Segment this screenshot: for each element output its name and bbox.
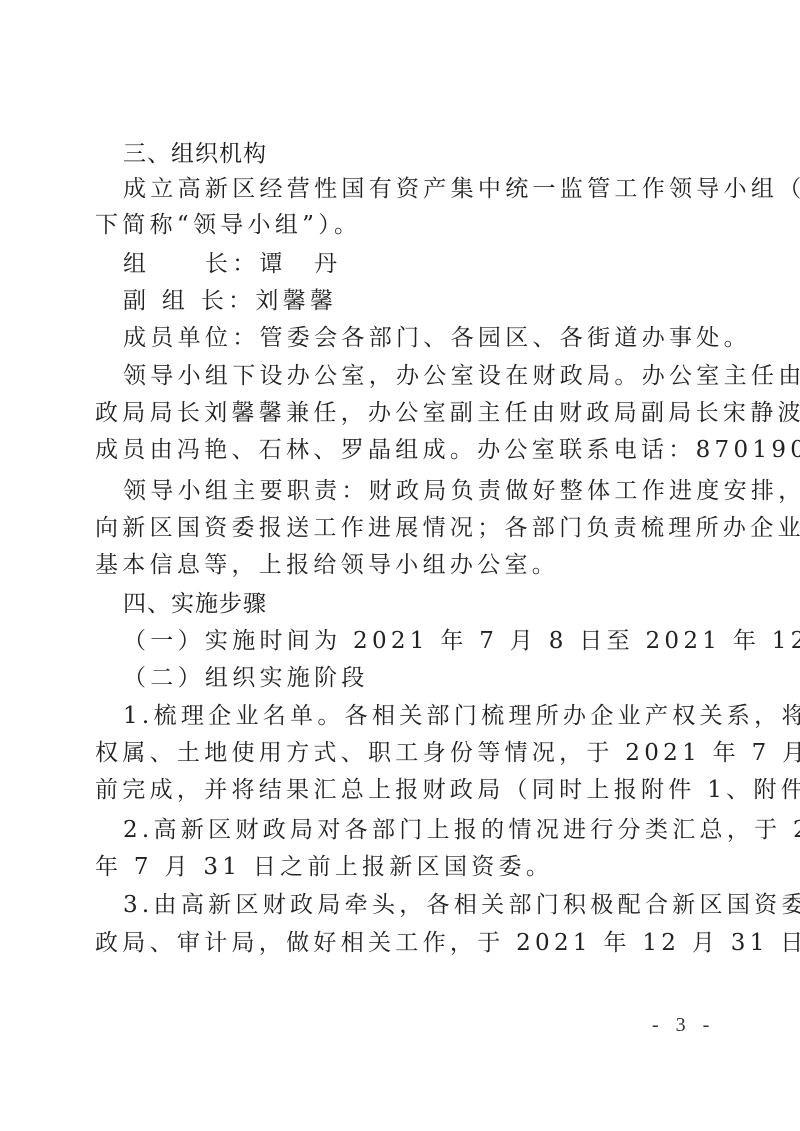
section-heading-organization: 三、组织机构 [123,140,267,168]
paragraph-line: 政局局长刘馨馨兼任，办公室副主任由财政局副局长宋静波兼任， [95,399,800,427]
paragraph-line: 领导小组主要职责：财政局负责做好整体工作进度安排，按时 [123,477,800,505]
paragraph-line: 1.梳理企业名单。各相关部门梳理所办企业产权关系，将资产 [123,702,800,730]
paragraph-line: 基本信息等，上报给领导小组办公室。 [95,551,559,579]
paragraph-line: 成立高新区经营性国有资产集中统一监管工作领导小组（以 [123,175,800,203]
paragraph-line: 领导小组下设办公室，办公室设在财政局。办公室主任由财 [123,362,800,390]
subsection-time: （一）实施时间为 2021 年 7 月 8 日至 2021 年 12 月 31 … [123,627,800,655]
paragraph-line: 政局、审计局，做好相关工作，于 2021 年 12 月 31 日前完成。 [95,929,800,957]
subsection-stage: （二）组织实施阶段 [123,664,369,692]
paragraph-line: 2.高新区财政局对各部门上报的情况进行分类汇总，于 2021 [123,816,800,844]
page-number: - 3 - [652,1014,715,1037]
paragraph-line: 下简称“领导小组”）。 [95,211,361,239]
paragraph-line: 向新区国资委报送工作进展情况；各部门负责梳理所办企业名单、 [95,514,800,542]
paragraph-line: 成员由冯艳、石林、罗晶组成。办公室联系电话：87019060。 [95,436,800,464]
paragraph-line: 权属、土地使用方式、职工身份等情况，于 2021 年 7 月 23 日之 [95,739,800,767]
member-units-line: 成员单位：管委会各部门、各园区、各街道办事处。 [123,324,751,352]
deputy-leader-line: 副 组 长：刘馨馨 [123,287,337,315]
leader-line: 组 长：谭 丹 [123,250,341,278]
paragraph-line: 3.由高新区财政局牵头，各相关部门积极配合新区国资委、财 [123,891,800,919]
section-heading-implementation: 四、实施步骤 [123,590,267,618]
paragraph-line: 前完成，并将结果汇总上报财政局（同时上报附件 1、附件 2） [95,776,800,804]
paragraph-line: 年 7 月 31 日之前上报新区国资委。 [95,853,553,881]
